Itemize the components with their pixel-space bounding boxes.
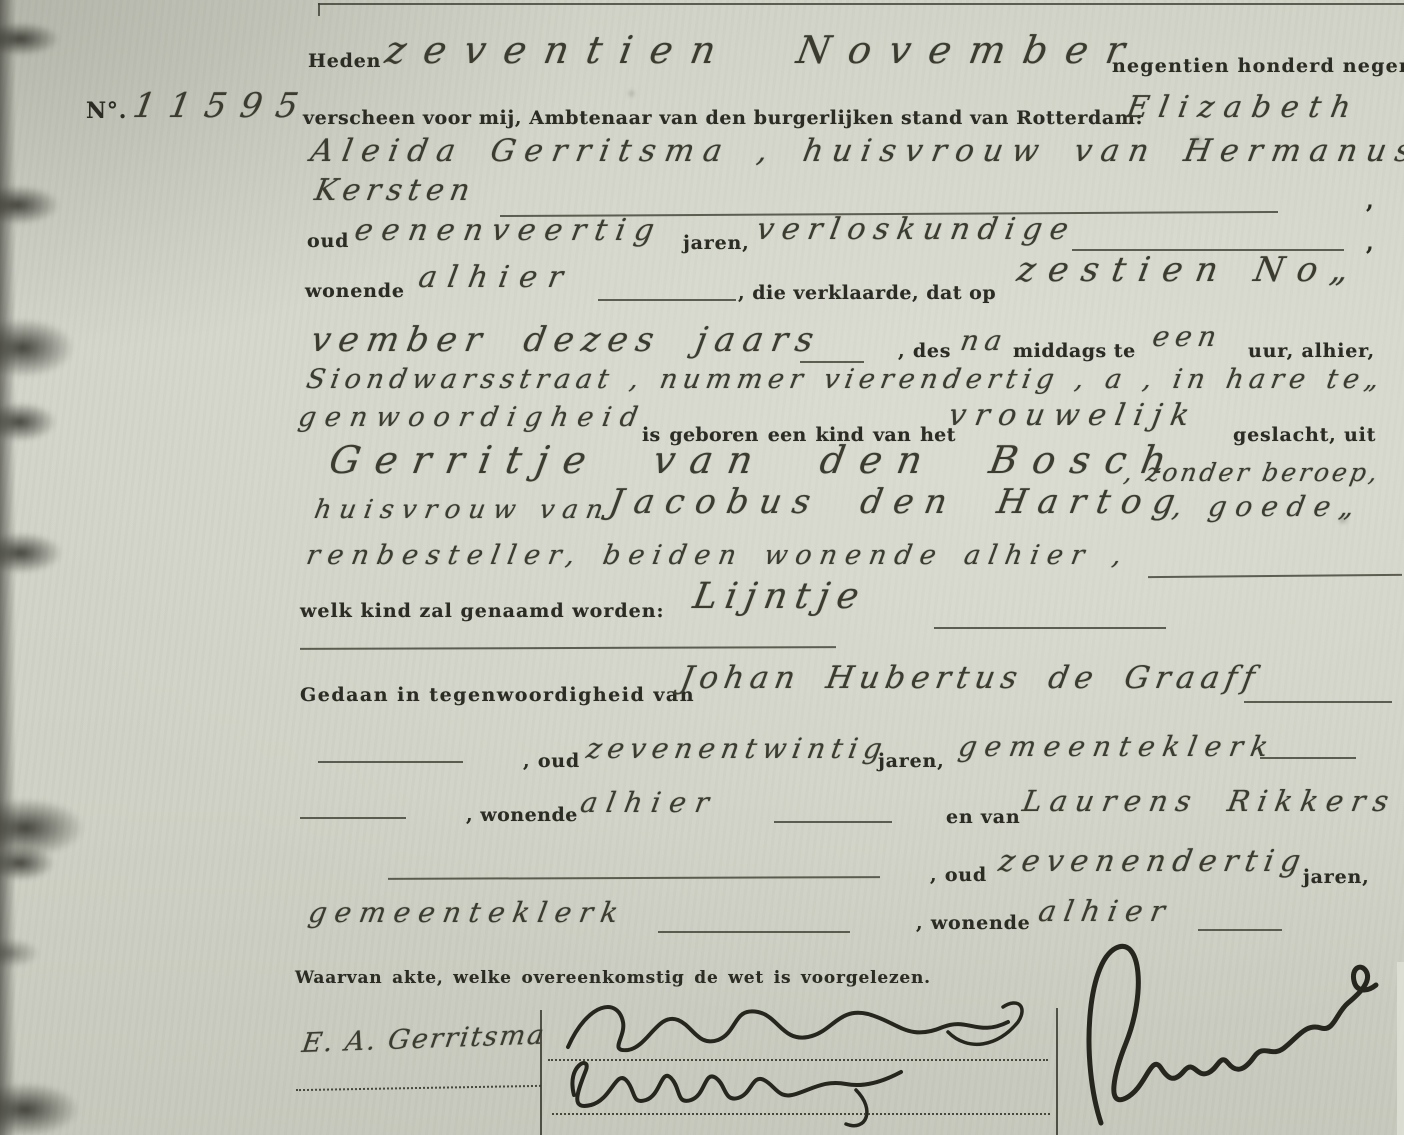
blank-line <box>1148 573 1402 578</box>
en-van-label: en van <box>946 806 1020 828</box>
hour-handwritten: een <box>1150 320 1225 353</box>
jaren-label: jaren, <box>683 232 750 254</box>
des-label: , des <box>898 340 951 362</box>
declarant-name-part3: Kersten <box>312 173 478 208</box>
uur-alhier-label: uur, alhier, <box>1248 340 1375 362</box>
middags-label: middags te <box>1013 340 1136 362</box>
father-name-handwritten: Jacobus den Hartog <box>606 482 1189 522</box>
top-rule-tick <box>318 3 320 16</box>
oud-label-witness2: , oud <box>930 864 987 886</box>
year-printed: negentien honderd negen <box>1112 55 1404 77</box>
witness2-age-handwritten: zevenendertig <box>996 844 1310 879</box>
gender-handwritten: vrouwelijk <box>946 398 1201 433</box>
wonende-label-witness1: , wonende <box>466 804 578 826</box>
witness1-residence-handwritten: alhier <box>578 786 720 819</box>
mother-name-handwritten: Gerritje van den Bosch <box>326 438 1185 482</box>
jaren-label-witness1: jaren, <box>878 750 945 772</box>
witness2-signature-scrawl <box>556 1050 976 1130</box>
address-line1-handwritten: Siondwarsstraat , nummer vierendertig , … <box>304 364 1387 395</box>
jaren-label-witness2: jaren, <box>1303 866 1370 888</box>
ink-smudge <box>0 318 75 378</box>
blank-line <box>598 298 736 301</box>
signature-dotted-line <box>552 1112 1050 1115</box>
official-signature-scrawl <box>1066 933 1398 1133</box>
declarant-residence-handwritten: alhier <box>416 260 577 295</box>
signature-column-divider <box>1056 1008 1058 1135</box>
witness1-name-handwritten: Johan Hubertus de Graaff <box>678 660 1263 696</box>
declared-label: , die verklaarde, dat op <box>738 282 996 304</box>
witness2-residence-handwritten: alhier <box>1036 894 1176 928</box>
child-name-label: welk kind zal genaamd worden: <box>300 600 665 622</box>
blank-line <box>388 875 880 880</box>
ink-smudge <box>0 1082 80 1135</box>
blank-line <box>934 626 1166 629</box>
act-date-handwritten: zeventien November <box>382 28 1146 72</box>
mother-line2a-handwritten: huisvrouw van <box>312 495 613 525</box>
blank-line <box>300 816 406 819</box>
oud-label: oud <box>307 230 349 252</box>
declarant-name-part1: Elizabeth <box>1124 90 1363 125</box>
ink-smudge <box>0 938 40 968</box>
signature-dotted-line <box>296 1084 541 1091</box>
ink-smudge <box>0 532 63 574</box>
geslacht-label: geslacht, uit <box>1233 424 1376 446</box>
top-rule <box>318 3 1404 5</box>
witness2-occupation-handwritten: gemeenteklerk <box>306 896 629 929</box>
na-handwritten: na <box>958 324 1011 357</box>
blank-line <box>1260 756 1356 759</box>
declarant-occupation-handwritten: verloskundige <box>754 212 1079 247</box>
declarant-name-part2: Aleida Gerritsma , huisvrouw van Hermanu… <box>308 133 1404 169</box>
wonende-label-witness2: , wonende <box>916 912 1031 934</box>
blank-line <box>774 820 892 823</box>
appeared-before-label: verscheen voor mij, Ambtenaar van den bu… <box>303 107 1143 129</box>
father-occupation-part2-handwritten: renbesteller, beiden wonende alhier , <box>304 540 1132 571</box>
witness2-name-handwritten: Laurens Rikkers <box>1020 784 1399 818</box>
father-occupation-part1-handwritten: , goede„ <box>1170 490 1366 523</box>
record-number-label: N°. <box>86 98 127 124</box>
gedaan-label: Gedaan in tegenwoordigheid van <box>300 684 695 706</box>
wonende-label: wonende <box>305 280 405 302</box>
ink-speck <box>628 90 635 97</box>
declarant-age-handwritten: eenenveertig <box>352 213 666 248</box>
blank-line <box>658 930 850 933</box>
record-number-value: 11595 <box>130 86 315 126</box>
closing-statement: Waarvan akte, welke overeenkomstig de we… <box>295 968 931 988</box>
blank-line <box>1244 700 1392 703</box>
blank-line <box>300 645 836 650</box>
page-edge-highlight <box>1397 962 1404 1135</box>
ink-smudge <box>0 22 60 56</box>
address-line2-handwritten: genwoordigheid <box>296 402 649 433</box>
birth-date-part1-handwritten: zestien No„ <box>1014 250 1365 290</box>
declarant-signature: E. A. Gerritsma <box>300 1020 548 1059</box>
birth-certificate-scan: N°. 11595 Heden zeventien November negen… <box>0 0 1404 1135</box>
ink-smudge <box>0 402 57 442</box>
comma-mark: , <box>1366 230 1374 256</box>
heden-label: Heden <box>308 50 381 72</box>
comma-mark: , <box>1366 188 1374 214</box>
ink-smudge <box>0 185 60 225</box>
oud-label-witness1: , oud <box>523 750 580 772</box>
blank-line <box>1198 928 1282 931</box>
child-name-handwritten: Lijntje <box>690 576 870 617</box>
blank-line <box>800 360 864 363</box>
witness1-age-handwritten: zevenentwintig <box>584 732 891 765</box>
witness1-occupation-handwritten: gemeenteklerk <box>956 730 1279 763</box>
birth-date-part2-handwritten: vember dezes jaars <box>308 320 825 360</box>
blank-line <box>318 760 463 763</box>
